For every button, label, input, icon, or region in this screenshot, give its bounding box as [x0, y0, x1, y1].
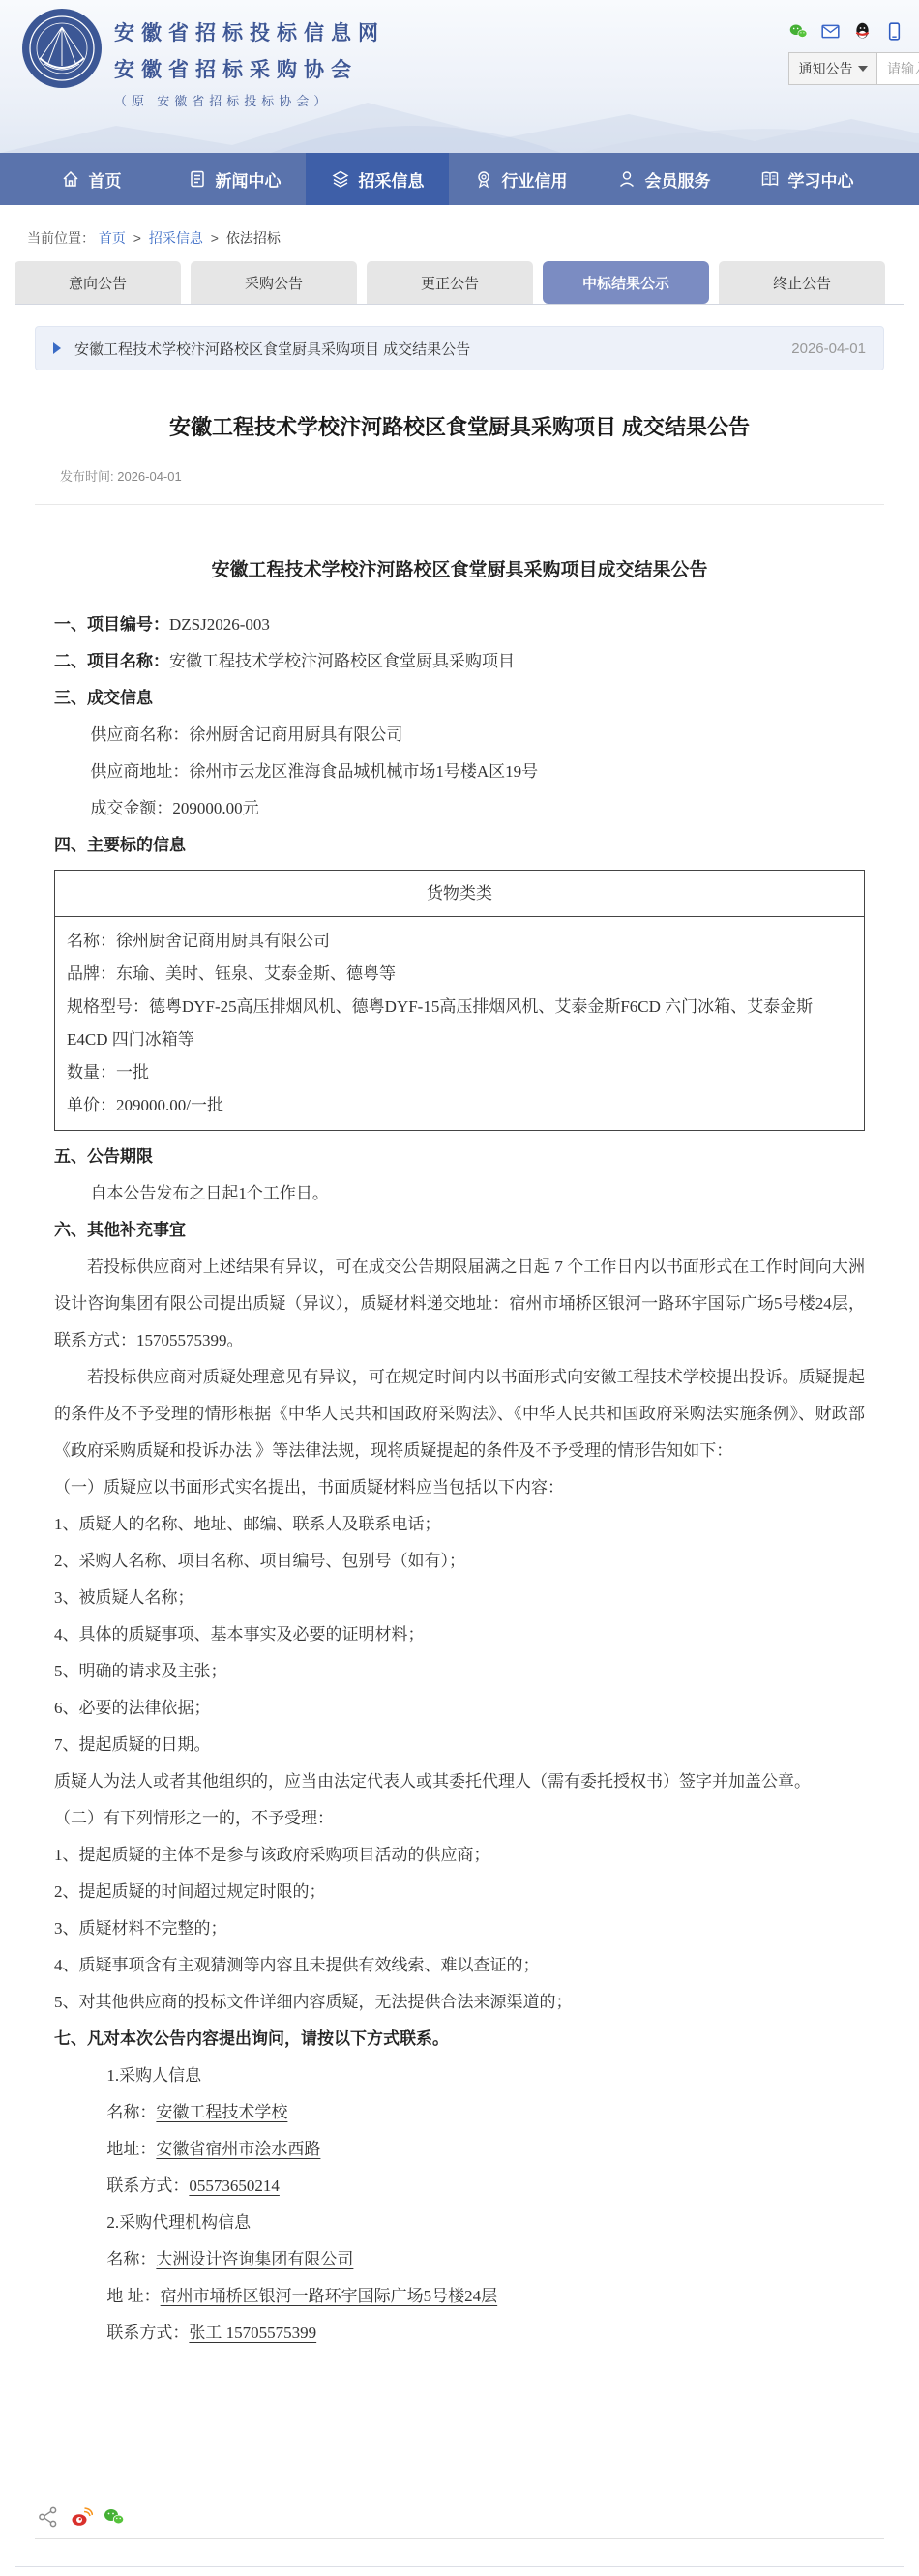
nav-label: 新闻中心	[216, 167, 282, 192]
goods-name: 名称：徐州厨舍记商用厨具有限公司	[67, 925, 852, 958]
buyer-address-line: 地址：安徽省宿州市浍水西路	[54, 2131, 865, 2168]
chevron-down-icon	[858, 66, 868, 72]
search-category-label: 通知公告	[799, 59, 853, 78]
contact-label: 联系方式：	[106, 2176, 189, 2195]
objection-paragraph-2: 若投标供应商对质疑处理意见有异议，可在规定时间内以书面形式向安徽工程技术学校提出…	[54, 1359, 865, 1469]
member-icon	[617, 169, 637, 189]
weibo-icon[interactable]	[70, 2505, 93, 2529]
clause-b-item: 3、质疑材料不完整的；	[54, 1910, 865, 1947]
clause-a-item: 2、采购人名称、项目名称、项目编号、包别号（如有）；	[54, 1543, 865, 1580]
site-titles: 安徽省招标投标信息网 安徽省招标采购协会 （原 安徽省招标投标协会）	[114, 17, 385, 109]
search-category-select[interactable]: 通知公告	[788, 52, 877, 85]
section-7-heading: 七、凡对本次公告内容提出询问，请按以下方式联系。	[54, 2021, 865, 2058]
mobile-icon[interactable]	[884, 21, 904, 42]
objection-paragraph-1: 若投标供应商对上述结果有异议，可在成交公告期限届满之日起 7 个工作日内以书面形…	[54, 1249, 865, 1359]
clause-a-item: 1、质疑人的名称、地址、邮编、联系人及联系电话；	[54, 1506, 865, 1543]
buyer-name-line: 名称：安徽工程技术学校	[54, 2094, 865, 2131]
goods-quantity: 数量：一批	[67, 1056, 852, 1089]
site-title-line2: 安徽省招标采购协会	[114, 54, 385, 83]
agent-address-line: 地 址：宿州市埇桥区银河一路环宇国际广场5号楼24层	[54, 2278, 865, 2315]
clause-b-item: 2、提起质疑的时间超过规定时限的；	[54, 1874, 865, 1910]
clause-b-heading: （二）有下列情形之一的，不予受理：	[54, 1800, 865, 1837]
nav-item-procurement-info[interactable]: 招采信息	[306, 153, 449, 205]
home-icon	[61, 169, 80, 189]
project-name-label: 二、项目名称：	[54, 652, 169, 670]
nav-item-member-services[interactable]: 会员服务	[592, 153, 735, 205]
list-item-date: 2026-04-01	[791, 341, 866, 357]
breadcrumb-separator: >	[133, 230, 141, 246]
section-5-heading: 五、公告期限	[54, 1139, 865, 1175]
nav-label: 行业信用	[502, 167, 568, 192]
clause-b-item: 4、质疑事项含有主观猜测等内容且未提供有效线索、难以查证的；	[54, 1947, 865, 1984]
announcement-document: 安徽工程技术学校汴河路校区食堂厨具采购项目成交结果公告 一、项目编号：DZSJ2…	[35, 505, 884, 2352]
nav-item-industry-credit[interactable]: 行业信用	[449, 153, 592, 205]
wechat-icon[interactable]	[788, 21, 809, 42]
breadcrumb: 当前位置： 首页 > 招采信息 > 依法招标	[0, 205, 919, 261]
nav-item-home[interactable]: 首页	[19, 153, 163, 205]
clause-a-item: 7、提起质疑的日期。	[54, 1727, 865, 1763]
publish-time: 发布时间: 2026-04-01	[60, 466, 884, 485]
site-title-line1: 安徽省招标投标信息网	[114, 17, 385, 46]
bottom-divider	[35, 2538, 884, 2539]
share-row	[35, 2505, 884, 2529]
agent-address: 宿州市埇桥区银河一路环宇国际广场5号楼24层	[161, 2287, 498, 2305]
agent-name-line: 名称：大洲设计咨询集团有限公司	[54, 2241, 865, 2278]
nav-label: 招采信息	[359, 167, 425, 192]
clause-b-item: 5、对其他供应商的投标文件详细内容质疑，无法提供合法来源渠道的；	[54, 1984, 865, 2021]
contact-label: 联系方式：	[106, 2324, 189, 2342]
contact-label: 地 址：	[106, 2287, 160, 2305]
clause-a-item: 5、明确的请求及主张；	[54, 1653, 865, 1690]
section-6-heading: 六、其他补充事宜	[54, 1212, 865, 1249]
deal-amount: 成交金额：209000.00元	[54, 790, 865, 827]
buyer-phone: 05573650214	[189, 2176, 280, 2195]
site-header: 安徽省招标投标信息网 安徽省招标采购协会 （原 安徽省招标投标协会）	[0, 0, 919, 153]
goods-spec: 规格型号：德粤DYF-25高压排烟风机、德粤DYF-15高压排烟风机、艾泰金斯F…	[67, 991, 852, 1056]
project-name-line: 二、项目名称：安徽工程技术学校汴河路校区食堂厨具采购项目	[54, 643, 865, 680]
agent-name: 大洲设计咨询集团有限公司	[156, 2250, 353, 2268]
page-title: 安徽工程技术学校汴河路校区食堂厨具采购项目 成交结果公告	[35, 411, 884, 441]
tab-termination-announcement[interactable]: 终止公告	[719, 261, 885, 304]
project-name-value: 安徽工程技术学校汴河路校区食堂厨具采购项目	[169, 652, 515, 670]
buyer-name: 安徽工程技术学校	[156, 2103, 287, 2121]
breadcrumb-current: 依法招标	[226, 230, 281, 246]
share-icon[interactable]	[37, 2505, 60, 2529]
contact-label: 名称：	[106, 2103, 156, 2121]
announcement-list-item[interactable]: 安徽工程技术学校汴河路校区食堂厨具采购项目 成交结果公告 2026-04-01	[35, 326, 884, 370]
legal-note: 质疑人为法人或者其他组织的，应当由法定代表人或其委托代理人（需有委托授权书）签字…	[54, 1763, 865, 1800]
goods-unit-price: 单价：209000.00/一批	[67, 1089, 852, 1122]
tab-intention-announcement[interactable]: 意向公告	[15, 261, 181, 304]
agent-info-heading: 2.采购代理机构信息	[54, 2205, 865, 2241]
clause-b-item: 1、提起质疑的主体不是参与该政府采购项目活动的供应商；	[54, 1837, 865, 1874]
medal-icon	[474, 169, 493, 189]
section-4-heading: 四、主要标的信息	[54, 827, 865, 864]
buyer-phone-line: 联系方式：05573650214	[54, 2168, 865, 2205]
tab-procurement-announcement[interactable]: 采购公告	[191, 261, 357, 304]
goods-brand: 品牌：东瑜、美时、钰泉、艾泰金斯、德粤等	[67, 958, 852, 991]
breadcrumb-home[interactable]: 首页	[99, 230, 126, 246]
supplier-name: 供应商名称：徐州厨舍记商用厨具有限公司	[54, 717, 865, 754]
goods-table-header: 货物类类	[55, 871, 865, 917]
association-logo[interactable]	[21, 8, 103, 89]
supplier-address: 供应商地址：徐州市云龙区淮海食品城机械市场1号楼A区19号	[54, 754, 865, 790]
site-title-line3: （原 安徽省招标投标协会）	[114, 91, 385, 109]
breadcrumb-procurement-info[interactable]: 招采信息	[149, 230, 203, 246]
document-title: 安徽工程技术学校汴河路校区食堂厨具采购项目成交结果公告	[54, 555, 865, 581]
qq-icon[interactable]	[852, 21, 873, 42]
search-input[interactable]	[877, 52, 919, 85]
news-icon	[188, 169, 207, 189]
tab-correction-announcement[interactable]: 更正公告	[367, 261, 533, 304]
agent-phone-line: 联系方式：张工 15705575399	[54, 2315, 865, 2352]
contact-label: 名称：	[106, 2250, 156, 2268]
clause-a-item: 6、必要的法律依据；	[54, 1690, 865, 1727]
quick-icons	[788, 21, 919, 42]
project-number-line: 一、项目编号：DZSJ2026-003	[54, 607, 865, 643]
header-right: 通知公告	[788, 21, 919, 85]
announcement-period: 自本公告发布之日起1个工作日。	[54, 1175, 865, 1212]
page: 安徽省招标投标信息网 安徽省招标采购协会 （原 安徽省招标投标协会）	[0, 0, 919, 2576]
triangle-bullet-icon	[53, 342, 61, 354]
list-item-title: 安徽工程技术学校汴河路校区食堂厨具采购项目 成交结果公告	[74, 339, 791, 359]
clause-a-item: 4、具体的质疑事项、基本事实及必要的证明材料；	[54, 1616, 865, 1653]
breadcrumb-separator: >	[211, 230, 219, 246]
nav-label: 首页	[89, 167, 122, 192]
nav-label: 学习中心	[788, 167, 854, 192]
nav-item-learning-center[interactable]: 学习中心	[735, 153, 878, 205]
breadcrumb-prefix: 当前位置：	[27, 230, 95, 246]
mail-icon[interactable]	[820, 21, 841, 42]
main-nav: 首页 新闻中心 招采信息 行业信用 会员服务	[0, 153, 919, 205]
nav-item-clipped[interactable]	[878, 153, 919, 205]
layers-icon	[331, 169, 350, 189]
project-number-value: DZSJ2026-003	[169, 615, 270, 634]
project-number-label: 一、项目编号：	[54, 615, 169, 634]
content-panel: 安徽工程技术学校汴河路校区食堂厨具采购项目 成交结果公告 2026-04-01 …	[15, 304, 904, 2567]
clause-a-item: 3、被质疑人名称；	[54, 1580, 865, 1616]
buyer-address: 安徽省宿州市浍水西路	[156, 2140, 320, 2158]
buyer-info-heading: 1.采购人信息	[54, 2058, 865, 2094]
nav-label: 会员服务	[645, 167, 711, 192]
contact-label: 地址：	[106, 2140, 156, 2158]
clause-a-heading: （一）质疑应以书面形式实名提出，书面质疑材料应当包括以下内容：	[54, 1469, 865, 1506]
book-icon	[760, 169, 780, 189]
document-body: 一、项目编号：DZSJ2026-003 二、项目名称：安徽工程技术学校汴河路校区…	[54, 607, 865, 2352]
goods-table: 货物类类 名称：徐州厨舍记商用厨具有限公司 品牌：东瑜、美时、钰泉、艾泰金斯、德…	[54, 870, 865, 1131]
tab-award-result[interactable]: 中标结果公示	[543, 261, 709, 304]
agent-phone: 张工 15705575399	[189, 2324, 316, 2342]
wechat-share-icon[interactable]	[103, 2505, 126, 2529]
tab-bar: 意向公告 采购公告 更正公告 中标结果公示 终止公告	[0, 261, 919, 304]
section-3-heading: 三、成交信息	[54, 680, 865, 717]
search-bar: 通知公告	[788, 52, 919, 85]
nav-item-news-center[interactable]: 新闻中心	[163, 153, 306, 205]
